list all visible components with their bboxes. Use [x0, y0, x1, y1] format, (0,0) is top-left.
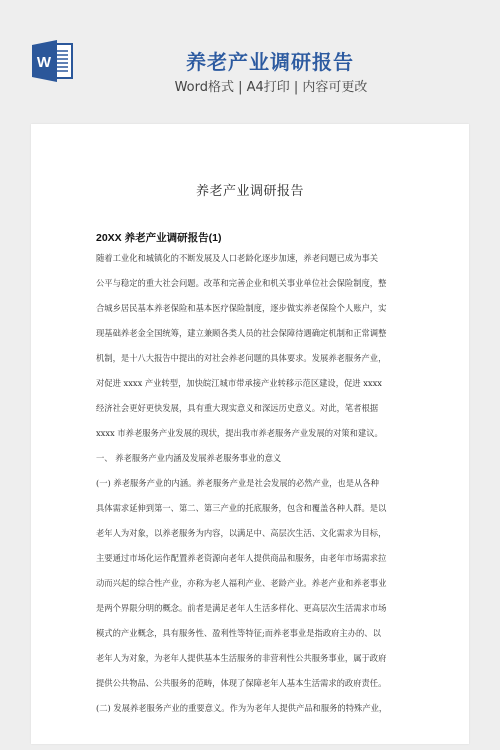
body-line: xxxx 市养老服务产业发展的现状，提出我市养老服务产业发展的对策和建议。: [96, 427, 405, 452]
body-line: 对促进 xxxx 产业转型，加快皖江城市带承接产业转移示范区建设，促进 xxxx: [96, 377, 405, 402]
body-line: 提供公共物品、公共服务的范畴，体现了保障老年人基本生活需求的政府责任。: [96, 677, 405, 702]
body-line: 经济社会更好更快发展，具有重大现实意义和深远历史意义。对此，笔者根据: [96, 402, 405, 427]
header-subtitle: Word格式 | A4打印 | 内容可更改: [0, 76, 500, 95]
body-line: (二) 发展养老服务产业的重要意义。作为为老年人提供产品和服务的特殊产业，: [96, 702, 405, 727]
header-title: 养老产业调研报告: [0, 46, 500, 75]
body-line: 随着工业化和城镇化的不断发展及人口老龄化逐步加速，养老问题已成为事关: [96, 252, 405, 277]
document-title: 养老产业调研报告: [31, 180, 469, 199]
body-line: 模式的产业概念，具有服务性、盈利性等特征;而养老事业是指政府主办的、以: [96, 627, 405, 652]
body-line: 主要通过市场化运作配置养老资源向老年人提供商品和服务，由老年市场需求拉: [96, 552, 405, 577]
body-line: 合城乡居民基本养老保险和基本医疗保险制度，逐步做实养老保险个人账户，实: [96, 302, 405, 327]
document-page: 养老产业调研报告 20XX 养老产业调研报告(1) 随着工业化和城镇化的不断发展…: [31, 124, 469, 744]
document-body: 随着工业化和城镇化的不断发展及人口老龄化逐步加速，养老问题已成为事关 公平与稳定…: [96, 252, 405, 727]
body-line: 是两个界限分明的概念。前者是满足老年人生活多样化、更高层次生活需求市场: [96, 602, 405, 627]
body-line: 老年人为对象，为老年人提供基本生活服务的非营利性公共服务事业，属于政府: [96, 652, 405, 677]
header: W 养老产业调研报告 Word格式 | A4打印 | 内容可更改: [0, 0, 500, 124]
body-line: (一) 养老服务产业的内涵。养老服务产业是社会发展的必然产业，也是从各种: [96, 477, 405, 502]
body-line: 公平与稳定的重大社会问题。改革和完善企业和机关事业单位社会保险制度，整: [96, 277, 405, 302]
document-subheading: 20XX 养老产业调研报告(1): [96, 230, 221, 245]
body-line: 老年人为对象，以养老服务为内容，以满足中、高层次生活、文化需求为目标，: [96, 527, 405, 552]
body-line: 具体需求延伸到第一、第二、第三产业的托底服务，包含和覆盖各种人群。是以: [96, 502, 405, 527]
body-line: 机制，是十八大报告中提出的对社会养老问题的具体要求。发展养老服务产业，: [96, 352, 405, 377]
section-heading: 一、 养老服务产业内涵及发展养老服务事业的意义: [96, 452, 405, 477]
body-line: 现基础养老金全国统筹，建立兼顾各类人员的社会保障待遇确定机制和正常调整: [96, 327, 405, 352]
body-line: 动而兴起的综合性产业，亦称为老人福利产业、老龄产业。养老产业和养老事业: [96, 577, 405, 602]
